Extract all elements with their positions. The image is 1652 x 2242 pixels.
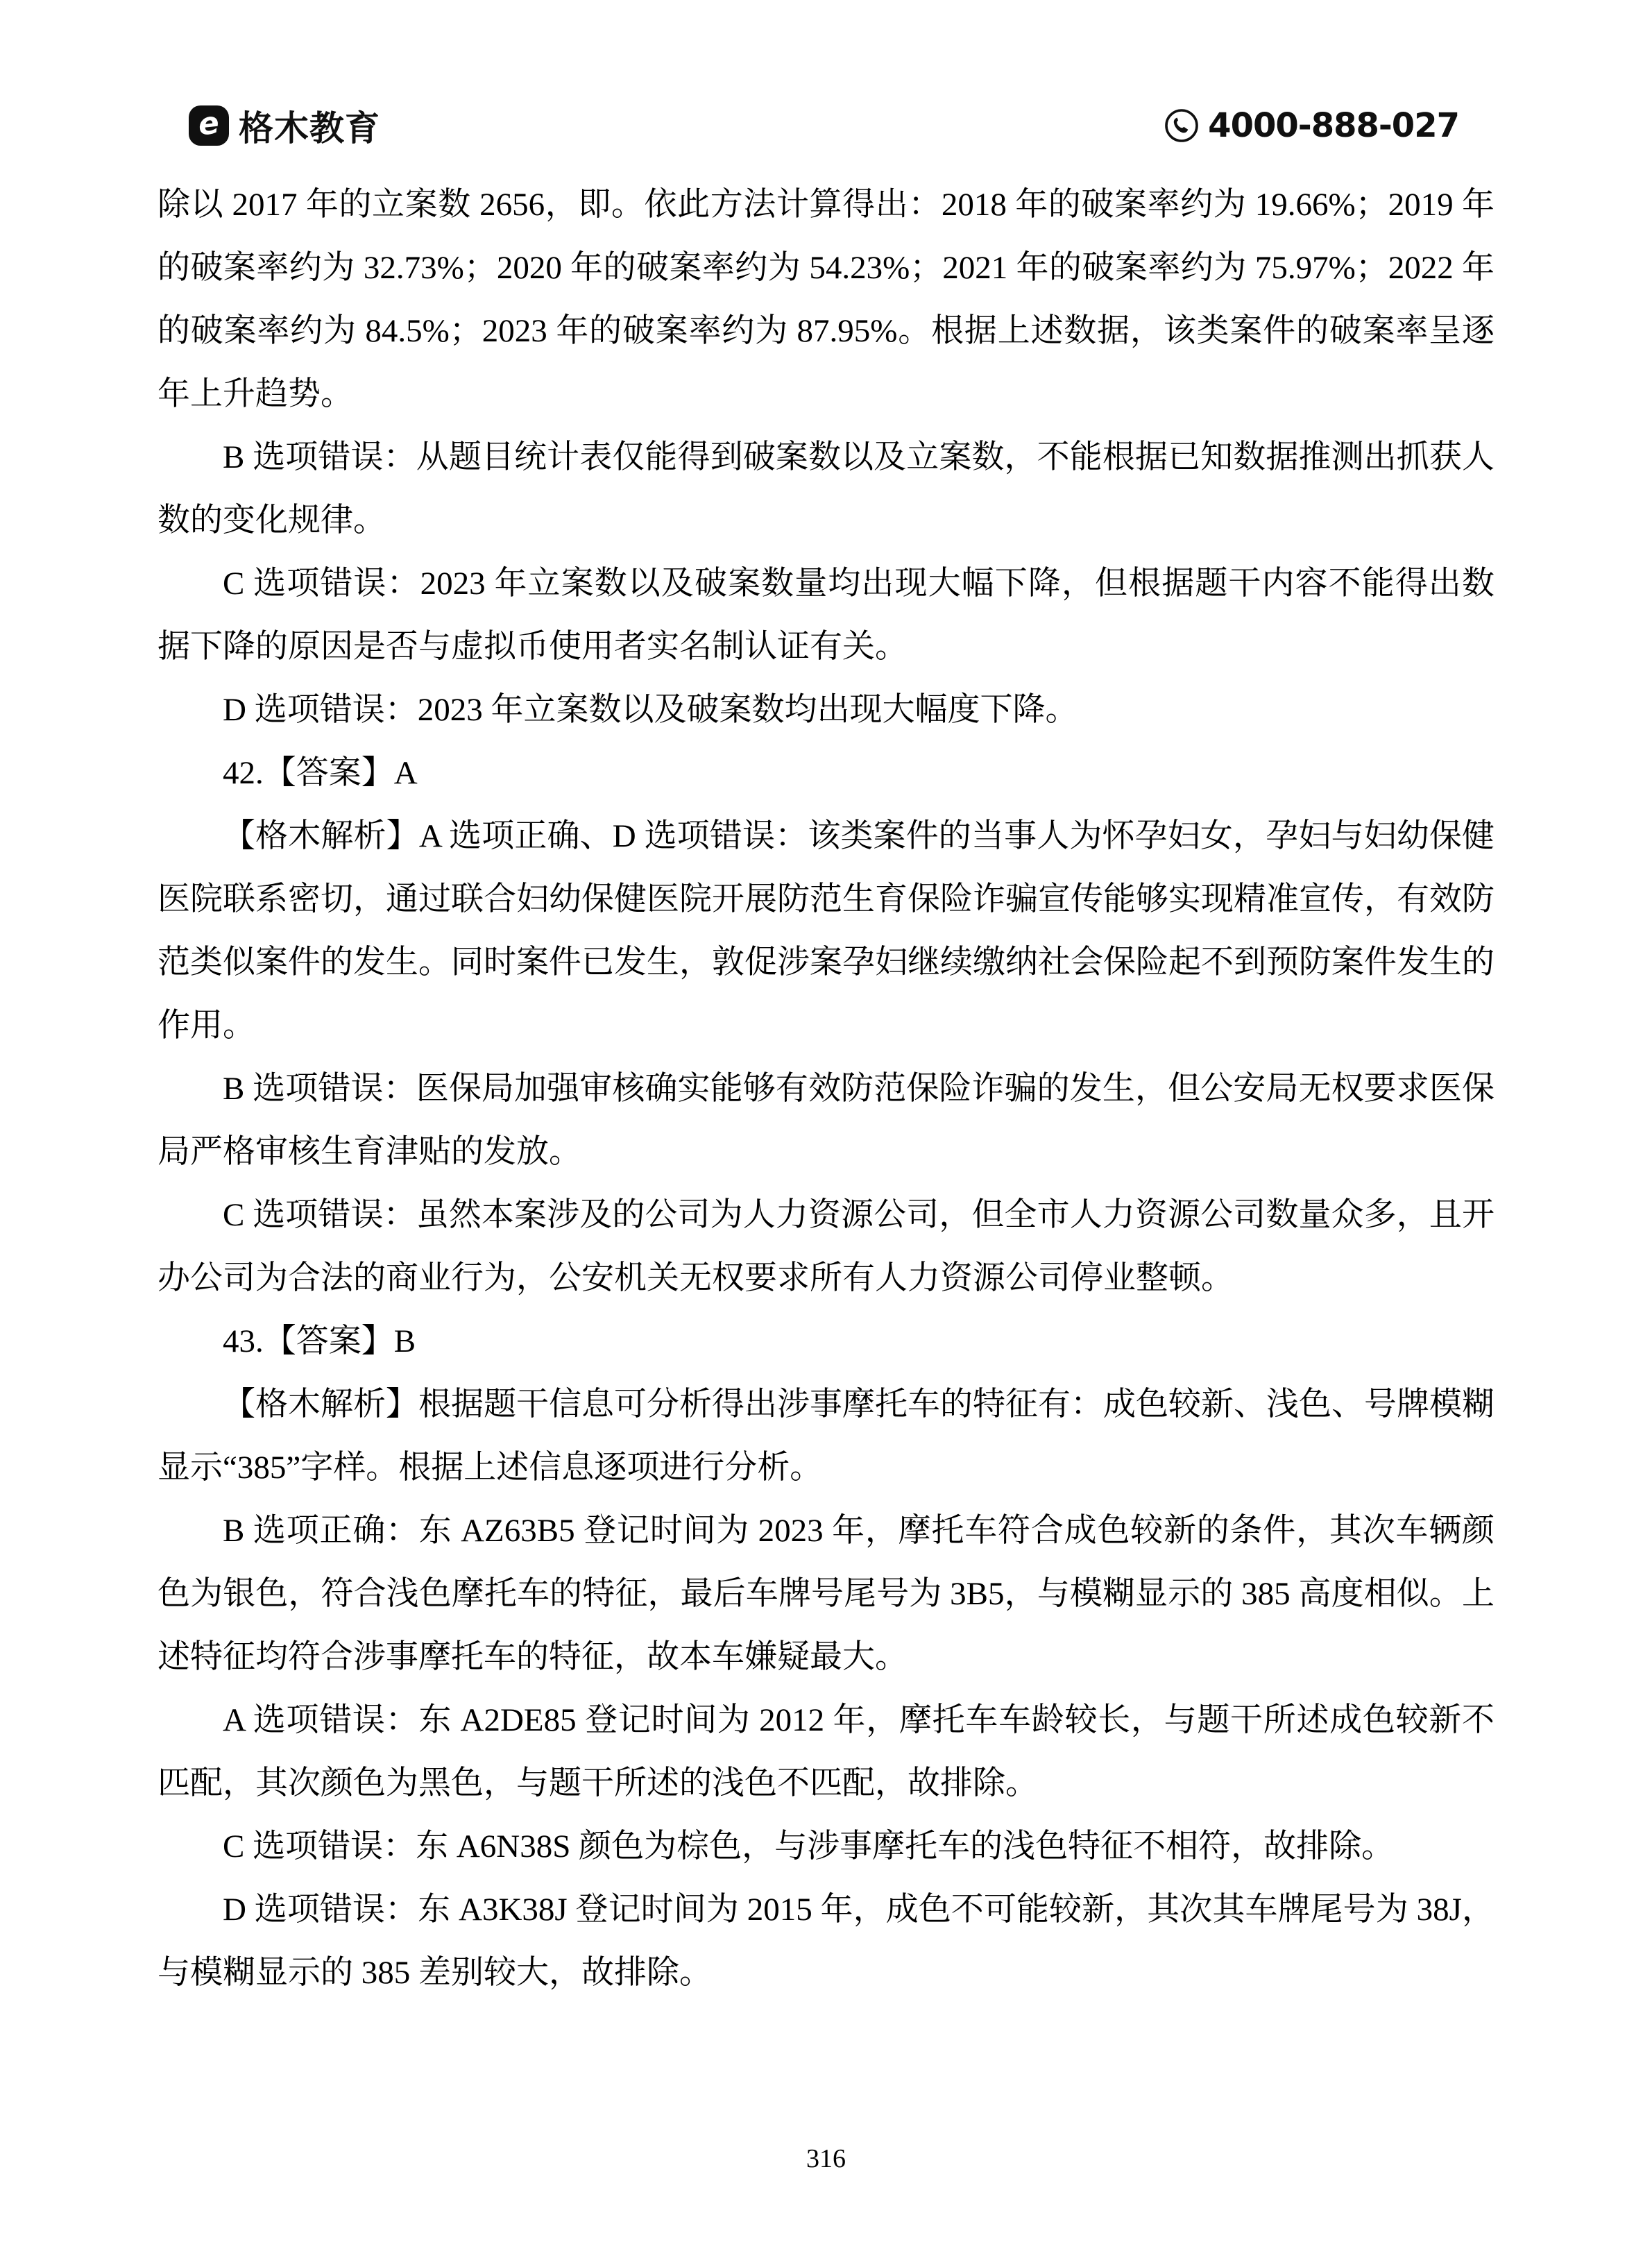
paragraph-q41-option-c: C 选项错误：2023 年立案数以及破案数量均出现大幅下降，但根据题干内容不能得…	[157, 552, 1495, 679]
page-number: 316	[806, 2144, 846, 2173]
brand-logo: e 格木教育	[189, 101, 380, 151]
phone-icon	[1164, 108, 1200, 144]
paragraph-q43-option-a: A 选项错误：东 A2DE85 登记时间为 2012 年，摩托车车龄较长，与题干…	[157, 1689, 1495, 1815]
paragraph-q43-option-d: D 选项错误：东 A3K38J 登记时间为 2015 年，成色不可能较新，其次其…	[157, 1878, 1495, 2005]
paragraph-q42-option-c: C 选项错误：虽然本案涉及的公司为人力资源公司，但全市人力资源公司数量众多，且开…	[157, 1184, 1495, 1310]
paragraph-q43-analysis: 【格木解析】根据题干信息可分析得出涉事摩托车的特征有：成色较新、浅色、号牌模糊显…	[157, 1373, 1495, 1500]
phone-number: 4000-888-027	[1208, 106, 1459, 145]
paragraph-q42-option-b: B 选项错误：医保局加强审核确实能够有效防范保险诈骗的发生，但公安局无权要求医保…	[157, 1058, 1495, 1184]
paragraph-q43-option-c: C 选项错误：东 A6N38S 颜色为棕色，与涉事摩托车的浅色特征不相符，故排除…	[157, 1815, 1495, 1878]
paragraph-q43-option-b: B 选项正确：东 AZ63B5 登记时间为 2023 年，摩托车符合成色较新的条…	[157, 1500, 1495, 1689]
logo-e-glyph: e	[197, 108, 221, 141]
contact-phone: 4000-888-027	[1164, 106, 1459, 145]
paragraph-q42-answer: 42.【答案】A	[157, 742, 1495, 805]
paragraph-q42-analysis: 【格木解析】A 选项正确、D 选项错误：该类案件的当事人为怀孕妇女，孕妇与妇幼保…	[157, 805, 1495, 1058]
paragraph-q41-option-b: B 选项错误：从题目统计表仅能得到破案数以及立案数，不能根据已知数据推测出抓获人…	[157, 426, 1495, 552]
page-footer: 316	[0, 2143, 1652, 2174]
gemu-logo-icon: e	[189, 105, 229, 146]
page-header: e 格木教育 4000-888-027	[189, 101, 1459, 150]
paragraph-case-rate-calculation: 除以 2017 年的立案数 2656，即。依此方法计算得出：2018 年的破案率…	[157, 173, 1495, 426]
brand-name: 格木教育	[239, 101, 380, 151]
paragraph-q43-answer: 43.【答案】B	[157, 1310, 1495, 1373]
document-page: e 格木教育 4000-888-027 除以 2017 年的立案数 2656，即…	[0, 0, 1652, 2242]
answer-explanations: 除以 2017 年的立案数 2656，即。依此方法计算得出：2018 年的破案率…	[157, 173, 1495, 2005]
paragraph-q41-option-d: D 选项错误：2023 年立案数以及破案数均出现大幅度下降。	[157, 679, 1495, 742]
